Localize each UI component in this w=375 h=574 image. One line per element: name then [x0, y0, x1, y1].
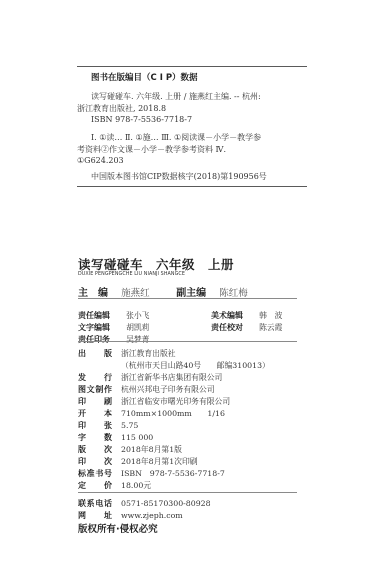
credit-label: 责任校对 — [211, 322, 254, 333]
cip-isbn: ISBN 978-7-5536-7718-7 — [91, 115, 192, 124]
credit-row: 责任校对 陈云霞 — [211, 315, 282, 334]
publishing-row: 印 张5.75 — [78, 417, 270, 429]
contact-row: 网 址www.zjeph.com — [78, 507, 211, 519]
publishing-rule — [78, 492, 297, 493]
publishing-row: （杭州市天目山路40号 邮编310013） — [78, 357, 270, 369]
publishing-list: 出 版浙江教育出版社 （杭州市天目山路40号 邮编310013） 发 行浙江省新… — [78, 345, 270, 489]
credit-row: 责任印务 吴梦菁 — [78, 327, 149, 346]
cip-line-2: 浙江教育出版社, 2018.8 — [77, 103, 166, 114]
publishing-row: 发 行浙江省新华书店集团有限公司 — [78, 369, 270, 381]
cip-title: 图书在版编目（C I P）数据 — [91, 71, 198, 83]
contact-row: 联系电话0571-85170300-80928 — [78, 495, 211, 507]
cip-class-line-2: 考资料②作文课－小学－教学参考资料 Ⅳ. — [77, 144, 226, 155]
chief-editor-name: 施燕红 — [121, 285, 171, 299]
publishing-value: 18.00元 — [121, 481, 151, 490]
cip-line-1: 读写碰碰车. 六年级. 上册 / 施燕红主编. -- 杭州: — [91, 91, 261, 102]
chief-editor-label: 主 编 — [78, 284, 116, 299]
publishing-row: 印 刷浙江省临安市曙光印务有限公司 — [78, 393, 270, 405]
publishing-row: 版 次2018年8月第1版 — [78, 441, 270, 453]
cip-class-line-3: ①G624.203 — [77, 156, 124, 165]
editor-rule — [78, 298, 297, 299]
contact-list: 联系电话0571-85170300-80928 网 址www.zjeph.com — [78, 495, 211, 519]
cip-record-number: 中国版本图书馆CIP数据核字(2018)第190956号 — [91, 171, 267, 182]
cip-bottom-rule — [77, 186, 307, 187]
credit-value: 陈云霞 — [259, 323, 282, 332]
publishing-row: 字 数115 000 — [78, 429, 270, 441]
publishing-row: 印 次2018年8月第1次印刷 — [78, 453, 270, 465]
cip-class-line-1: Ⅰ. ①读… Ⅱ. ①施… Ⅲ. ①阅读课－小学－教学参 — [91, 132, 261, 143]
deputy-editor-label: 副主编 — [176, 284, 214, 299]
copyright-notice: 版权所有·侵权必究 — [78, 521, 158, 535]
credit-value: 吴梦菁 — [126, 335, 149, 344]
publishing-row: 开 本710mm×1000mm 1/16 — [78, 405, 270, 417]
book-title: 读写碰碰车 六年级 上册 — [78, 255, 234, 273]
publishing-label: 定 价 — [78, 480, 112, 492]
publishing-row: 图文制作杭州兴邦电子印务有限公司 — [78, 381, 270, 393]
contact-website: www.zjeph.com — [121, 511, 183, 520]
book-pinyin: DUXIE PENGPENGCHE LIU NIANJI SHANGCE — [78, 272, 185, 277]
publishing-row: 出 版浙江教育出版社 — [78, 345, 270, 357]
publishing-row: 标准书号ISBN 978-7-5536-7718-7 — [78, 465, 270, 477]
credit-label: 责任印务 — [78, 334, 121, 345]
publishing-row: 定 价18.00元 — [78, 477, 270, 489]
credits-rule — [78, 341, 297, 342]
cip-top-rule — [77, 66, 307, 67]
